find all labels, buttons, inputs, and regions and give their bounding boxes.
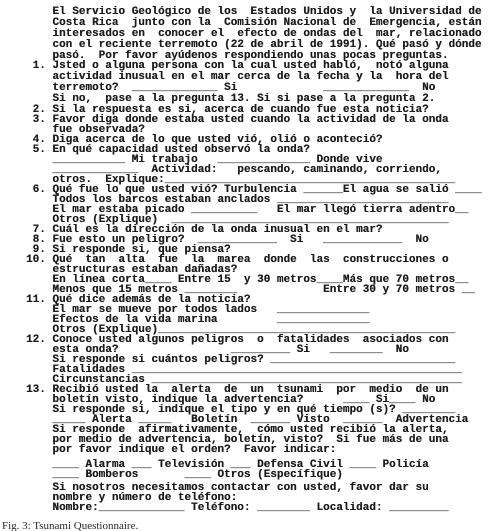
document-line: por favor indique el orden? Favor indica… <box>26 445 499 455</box>
document-line: con el reciente terremoto (22 de abril d… <box>26 40 499 51</box>
document-line: Nombre:_____________ Teléfono: ________ … <box>26 503 499 513</box>
questionnaire-body: El Servicio Geológico de los Estados Uni… <box>0 0 499 513</box>
document-line: ____ Bomberos ____ Otros (Específique) <box>26 470 499 480</box>
scanned-questionnaire-figure: El Servicio Geológico de los Estados Uni… <box>0 0 499 531</box>
figure-caption: Fig. 3: Tsunami Questionnaire. <box>2 520 499 531</box>
